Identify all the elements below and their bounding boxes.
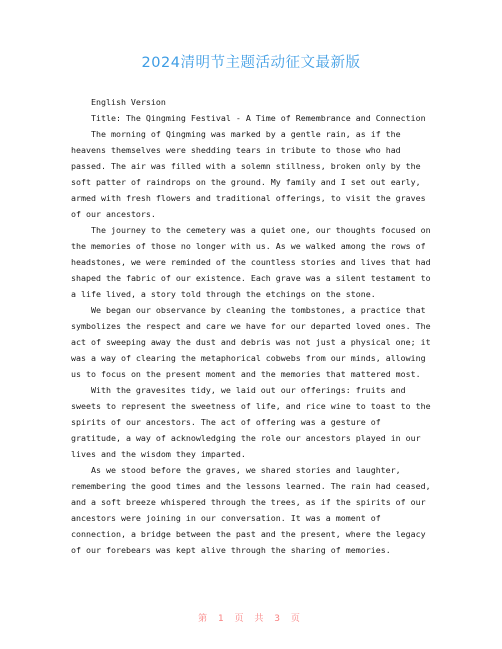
document-title: 2024清明节主题活动征文最新版 (0, 53, 502, 73)
document-page: 2024清明节主题活动征文最新版 English Version Title: … (0, 0, 502, 649)
paragraph-body-2: The journey to the cemetery was a quiet … (71, 222, 431, 302)
paragraph-body-1: The morning of Qingming was marked by a … (71, 126, 431, 222)
document-body: English Version Title: The Qingming Fest… (71, 94, 431, 558)
page-number-footer: 第 1 页 共 3 页 (0, 611, 502, 624)
paragraph-body-4: With the gravesites tidy, we laid out ou… (71, 382, 431, 462)
paragraph-body-3: We began our observance by cleaning the … (71, 302, 431, 382)
paragraph-body-5: As we stood before the graves, we shared… (71, 462, 431, 558)
paragraph-essay-title: Title: The Qingming Festival - A Time of… (71, 110, 431, 126)
paragraph-english-version: English Version (71, 94, 431, 110)
